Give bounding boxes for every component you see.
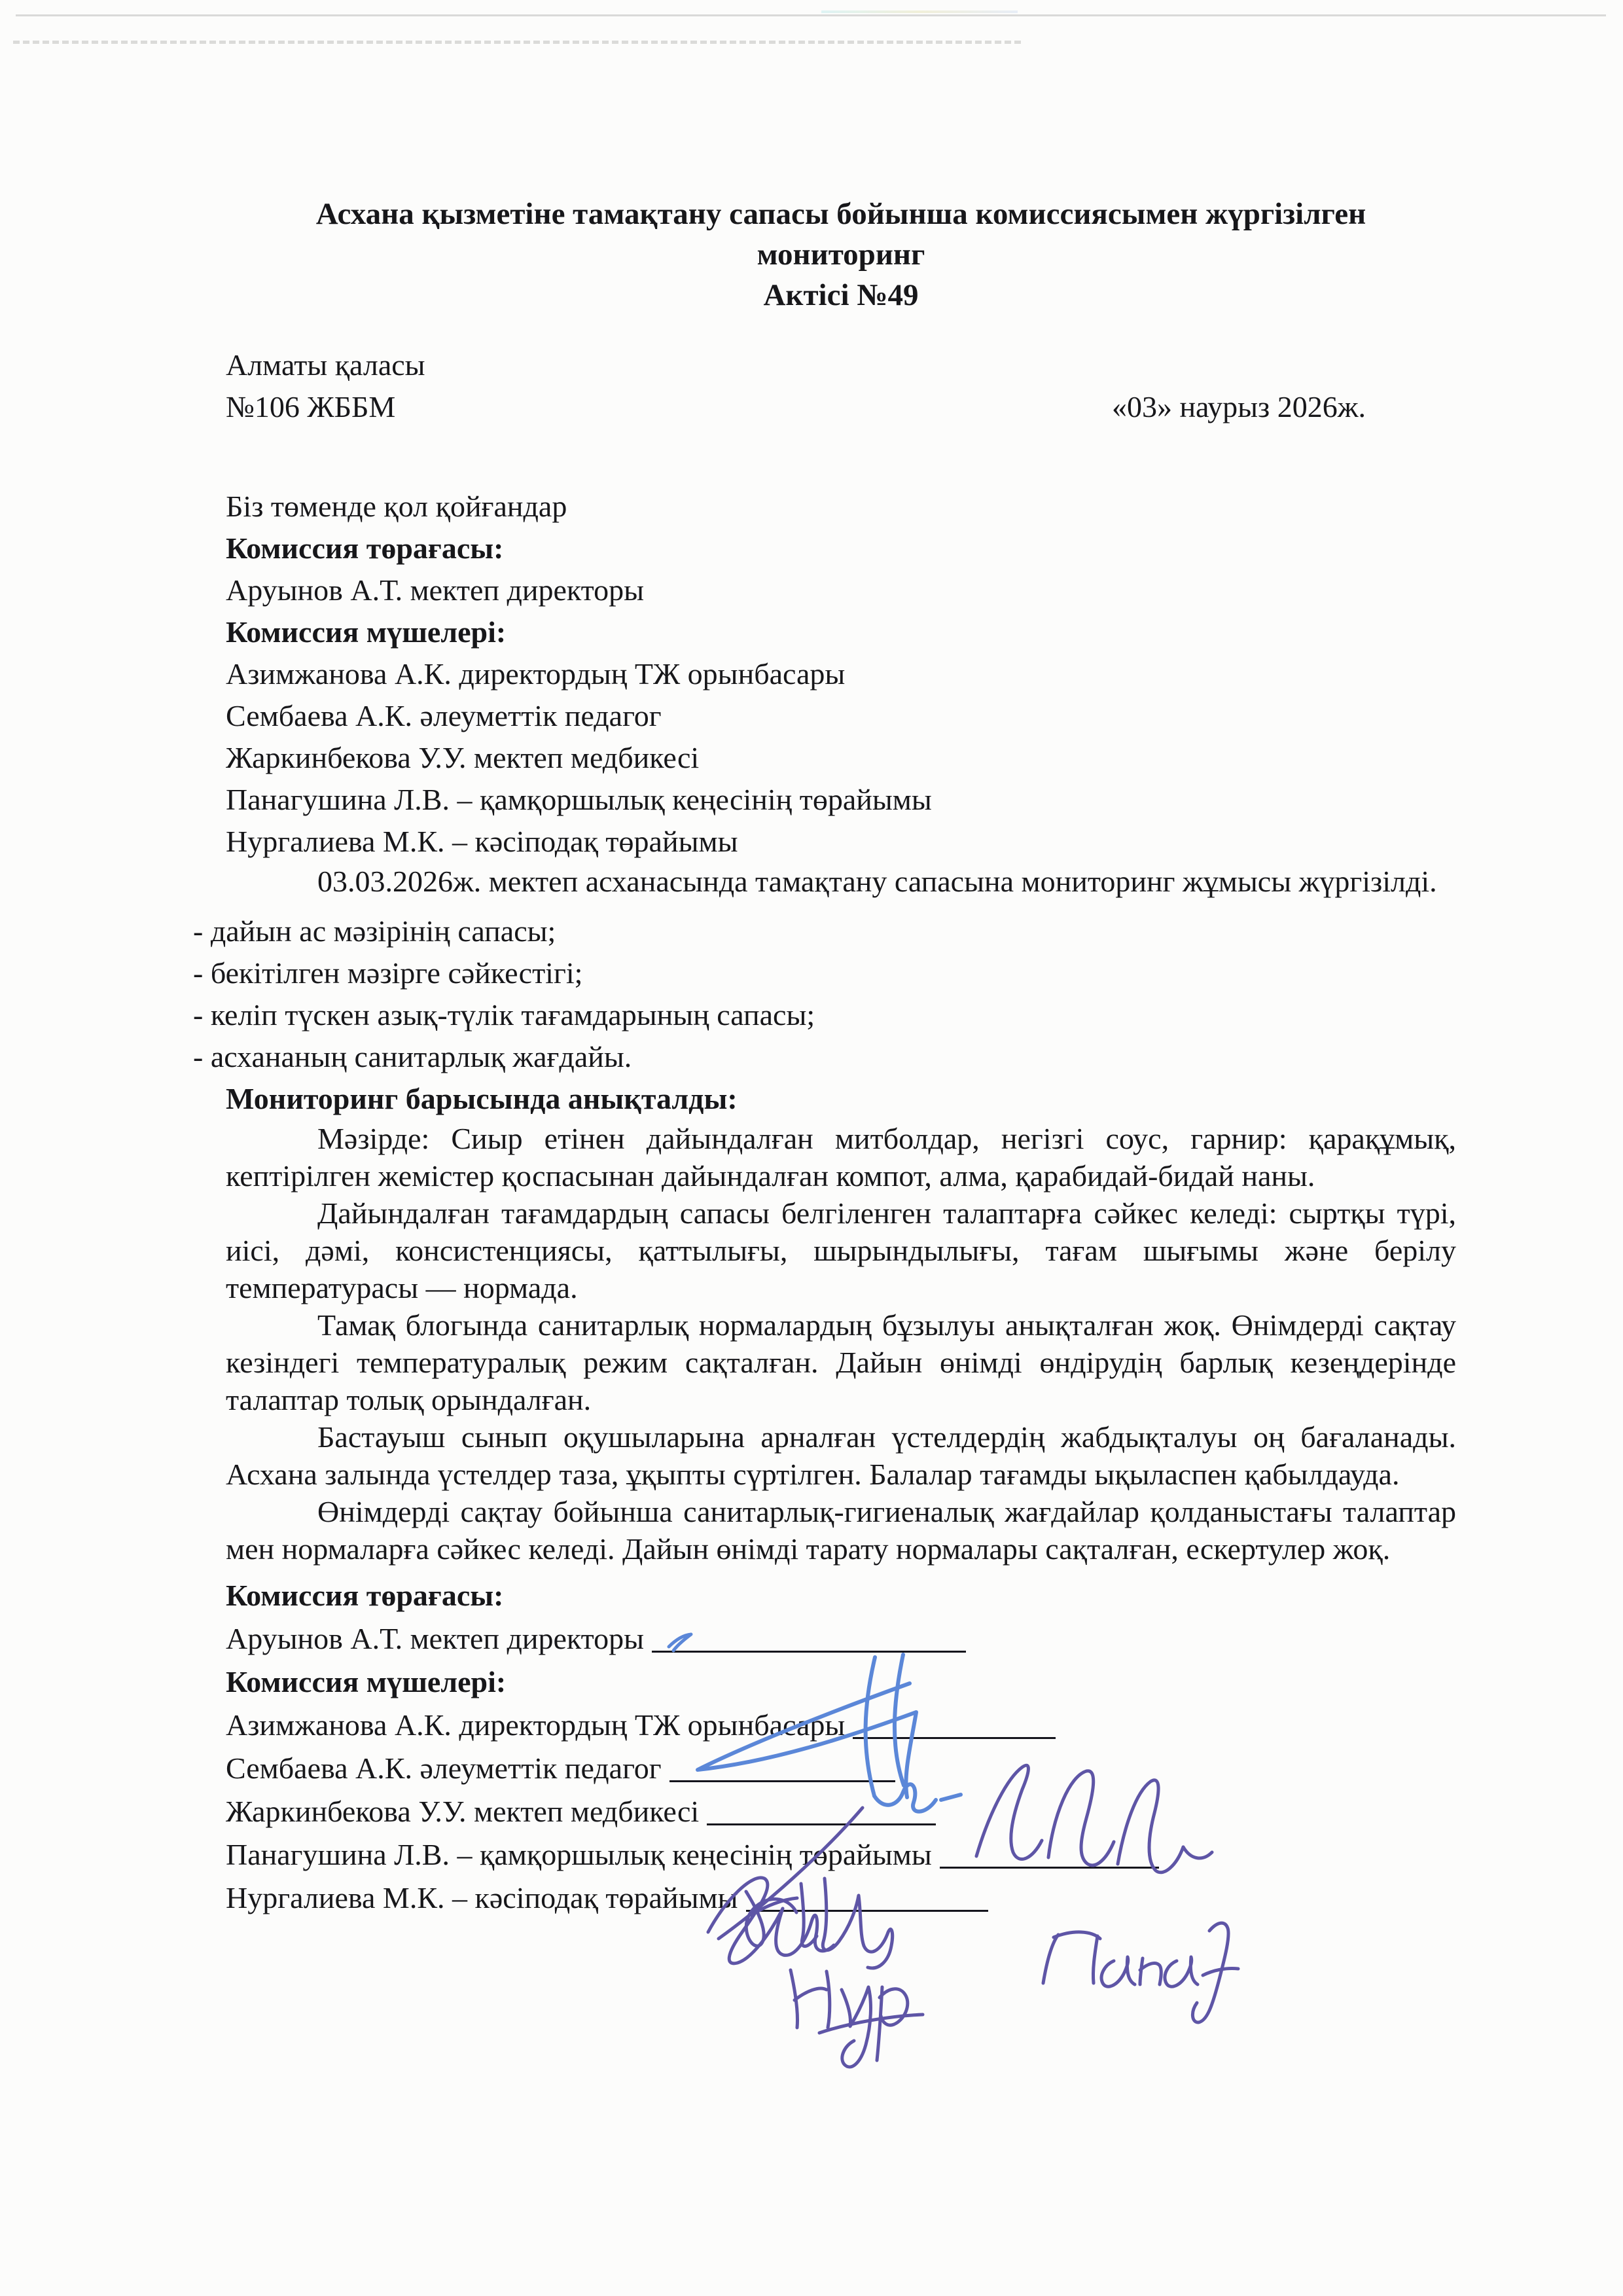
criteria-item: - бекітілген мәзірге сәйкестігі; — [193, 952, 1456, 994]
signature-underline — [853, 1717, 1056, 1739]
monitoring-note: 03.03.2026ж. мектеп асханасында тамақтан… — [226, 863, 1456, 900]
body-paragraph: Бастауыш сынып оқушыларына арналған үсте… — [226, 1418, 1456, 1493]
body-paragraph: Мәзірде: Сиыр етінен дайындалған митболд… — [226, 1120, 1456, 1194]
document-title: Асхана қызметіне тамақтану сапасы бойынш… — [226, 194, 1456, 315]
member-line: Жаркинбекова У.У. мектеп медбикесі — [226, 737, 1456, 779]
member-signature-ink-nurgalieva — [791, 1970, 923, 2067]
members-heading: Комиссия мүшелері: — [226, 611, 1456, 653]
chair-name: Аруынов А.Т. мектеп директоры — [226, 569, 1456, 611]
body-paragraph: Өнімдерді сақтау бойынша санитарлық-гиги… — [226, 1493, 1456, 1568]
member-signature-ink-panagushina — [1043, 1923, 1238, 2022]
signature-row-member: Нургалиева М.К. – кәсіподақ төрайымы — [226, 1876, 1456, 1920]
signature-underline — [669, 1761, 895, 1782]
body-paragraph: Тамақ блогында санитарлық нормалардың бұ… — [226, 1306, 1456, 1418]
city-line: Алматы қаласы — [226, 344, 1456, 386]
member-line: Панагушина Л.В. – қамқоршылық кеңесінің … — [226, 779, 1456, 821]
scanned-document-page: Асхана қызметіне тамақтану сапасы бойынш… — [0, 0, 1623, 2296]
body-paragraph: Дайындалған тағамдардың сапасы белгіленг… — [226, 1194, 1456, 1306]
findings-heading: Мониторинг барысында анықталды: — [226, 1078, 1456, 1120]
intro-line: Біз төменде қол қойғандар — [226, 486, 1456, 528]
school-name: №106 ЖББМ — [226, 386, 395, 428]
criteria-list: - дайын ас мәзірінің сапасы; - бекітілге… — [226, 910, 1456, 1078]
member-line: Сембаева А.К. әлеуметтік педагог — [226, 695, 1456, 737]
signature-underline — [940, 1847, 1159, 1869]
document-content: Асхана қызметіне тамақтану сапасы бойынш… — [226, 0, 1456, 1920]
signature-members-heading: Комиссия мүшелері: — [226, 1660, 1456, 1704]
title-line-2: мониторинг — [226, 234, 1456, 275]
signature-row-member: Сембаева А.К. әлеуметтік педагог — [226, 1747, 1456, 1790]
signature-row-chair: Аруынов А.Т. мектеп директоры — [226, 1617, 1456, 1660]
signature-chair-heading: Комиссия төрағасы: — [226, 1574, 1456, 1617]
signature-label: Нургалиева М.К. – кәсіподақ төрайымы — [226, 1881, 738, 1914]
school-date-row: №106 ЖББМ «03» наурыз 2026ж. — [226, 386, 1456, 428]
signature-underline — [707, 1804, 936, 1825]
signature-label: Азимжанова А.К. директордың ТЖ орынбасар… — [226, 1708, 845, 1742]
signature-label: Жаркинбекова У.У. мектеп медбикесі — [226, 1795, 699, 1828]
criteria-item: - келіп түскен азық-түлік тағамдарының с… — [193, 994, 1456, 1036]
criteria-item: - дайын ас мәзірінің сапасы; — [193, 910, 1456, 952]
signature-row-member: Жаркинбекова У.У. мектеп медбикесі — [226, 1790, 1456, 1833]
title-line-1: Асхана қызметіне тамақтану сапасы бойынш… — [226, 194, 1456, 234]
signature-underline — [652, 1631, 966, 1653]
member-line: Нургалиева М.К. – кәсіподақ төрайымы — [226, 821, 1456, 863]
document-date: «03» наурыз 2026ж. — [1112, 386, 1366, 428]
signature-underline — [746, 1890, 988, 1912]
signature-label: Аруынов А.Т. мектеп директоры — [226, 1622, 644, 1655]
signature-block: Комиссия төрағасы: Аруынов А.Т. мектеп д… — [226, 1574, 1456, 1920]
title-line-3: Актісі №49 — [226, 275, 1456, 315]
signature-label: Сембаева А.К. әлеуметтік педагог — [226, 1751, 662, 1785]
signature-row-member: Азимжанова А.К. директордың ТЖ орынбасар… — [226, 1704, 1456, 1747]
criteria-item: - асхананың санитарлық жағдайы. — [193, 1036, 1456, 1078]
signature-row-member: Панагушина Л.В. – қамқоршылық кеңесінің … — [226, 1833, 1456, 1876]
member-line: Азимжанова А.К. директордың ТЖ орынбасар… — [226, 653, 1456, 695]
commission-block: Біз төменде қол қойғандар Комиссия төрағ… — [226, 486, 1456, 863]
chair-heading: Комиссия төрағасы: — [226, 528, 1456, 569]
header-address-block: Алматы қаласы №106 ЖББМ «03» наурыз 2026… — [226, 344, 1456, 428]
signature-label: Панагушина Л.В. – қамқоршылық кеңесінің … — [226, 1838, 932, 1871]
